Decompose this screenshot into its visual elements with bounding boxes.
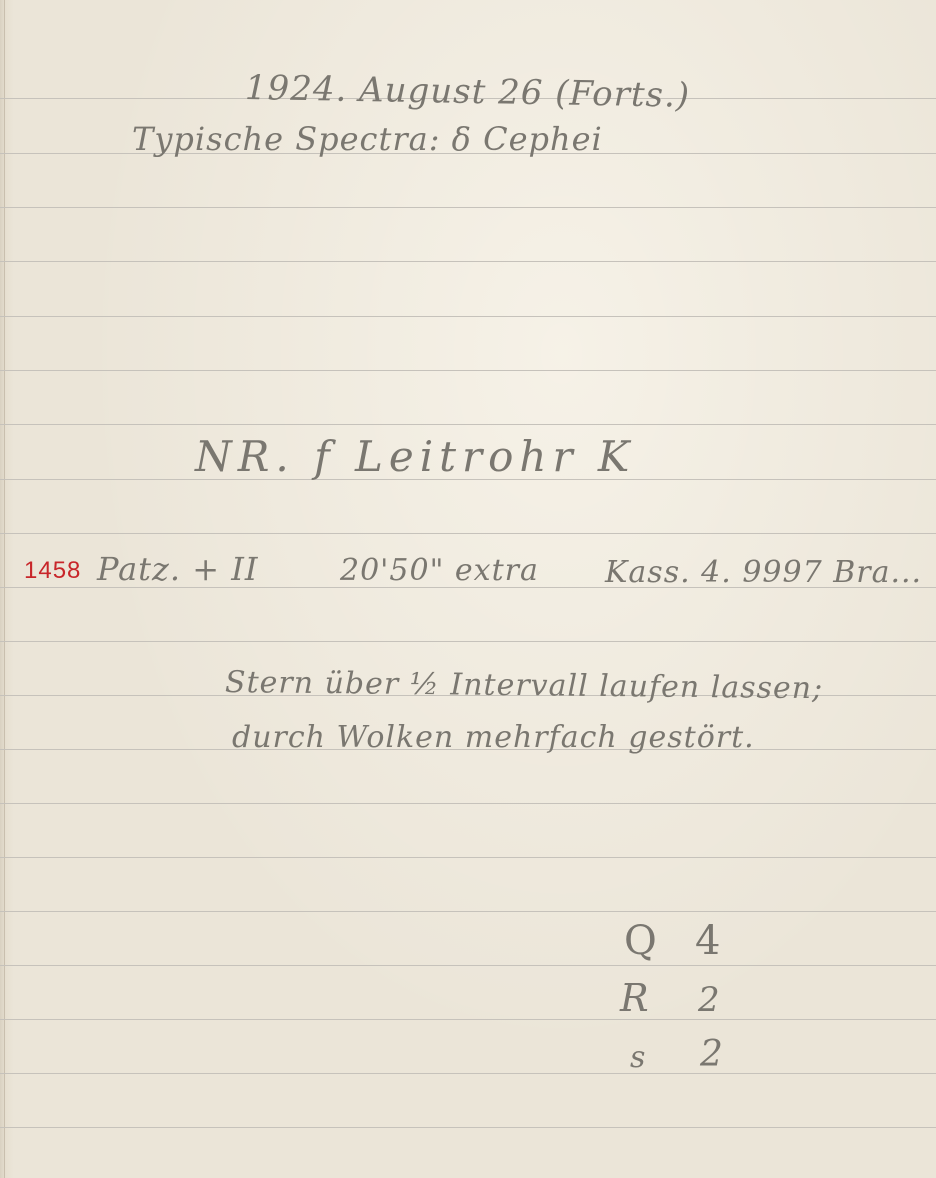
ruled-line [0, 1073, 936, 1074]
rating-q-value: 4 [695, 918, 721, 964]
plate-label: Patz. + II [97, 550, 259, 588]
ruled-line [0, 803, 936, 804]
ruled-line [0, 316, 936, 317]
ruled-line [0, 1019, 936, 1020]
ruled-line [0, 370, 936, 371]
notebook-page: 1924. August 26 (Forts.) Typische Spectr… [0, 0, 936, 1178]
rating-s-value: 2 [700, 1034, 724, 1075]
note-line-1: Stern über ½ Intervall laufen lassen; [225, 665, 824, 706]
entry-title: NR. f Leitrohr K [195, 432, 635, 481]
ruled-line [0, 424, 936, 425]
date-line: 1924. August 26 (Forts.) [245, 68, 691, 116]
ruled-line [0, 857, 936, 858]
ruled-line [0, 1127, 936, 1128]
rating-s-label: S [630, 1040, 646, 1075]
ruled-line [0, 911, 936, 912]
exposure-time: 20'50" extra [340, 553, 539, 588]
ruled-line [0, 533, 936, 534]
ruled-line [0, 965, 936, 966]
subject-line: Typische Spectra: δ Cephei [132, 120, 603, 158]
cassette-info: Kass. 4. 9997 Bra... [605, 555, 922, 590]
ruled-line [0, 261, 936, 262]
rating-r-value: 2 [698, 980, 721, 1020]
note-line-2: durch Wolken mehrfach gestört. [232, 720, 755, 755]
plate-number: 1458 [24, 557, 81, 585]
rating-r-label: R [620, 976, 650, 1020]
ruled-line [0, 641, 936, 642]
rating-q-label: Q [624, 918, 658, 964]
ruled-line [0, 207, 936, 208]
page-margin-edge [4, 0, 5, 1178]
